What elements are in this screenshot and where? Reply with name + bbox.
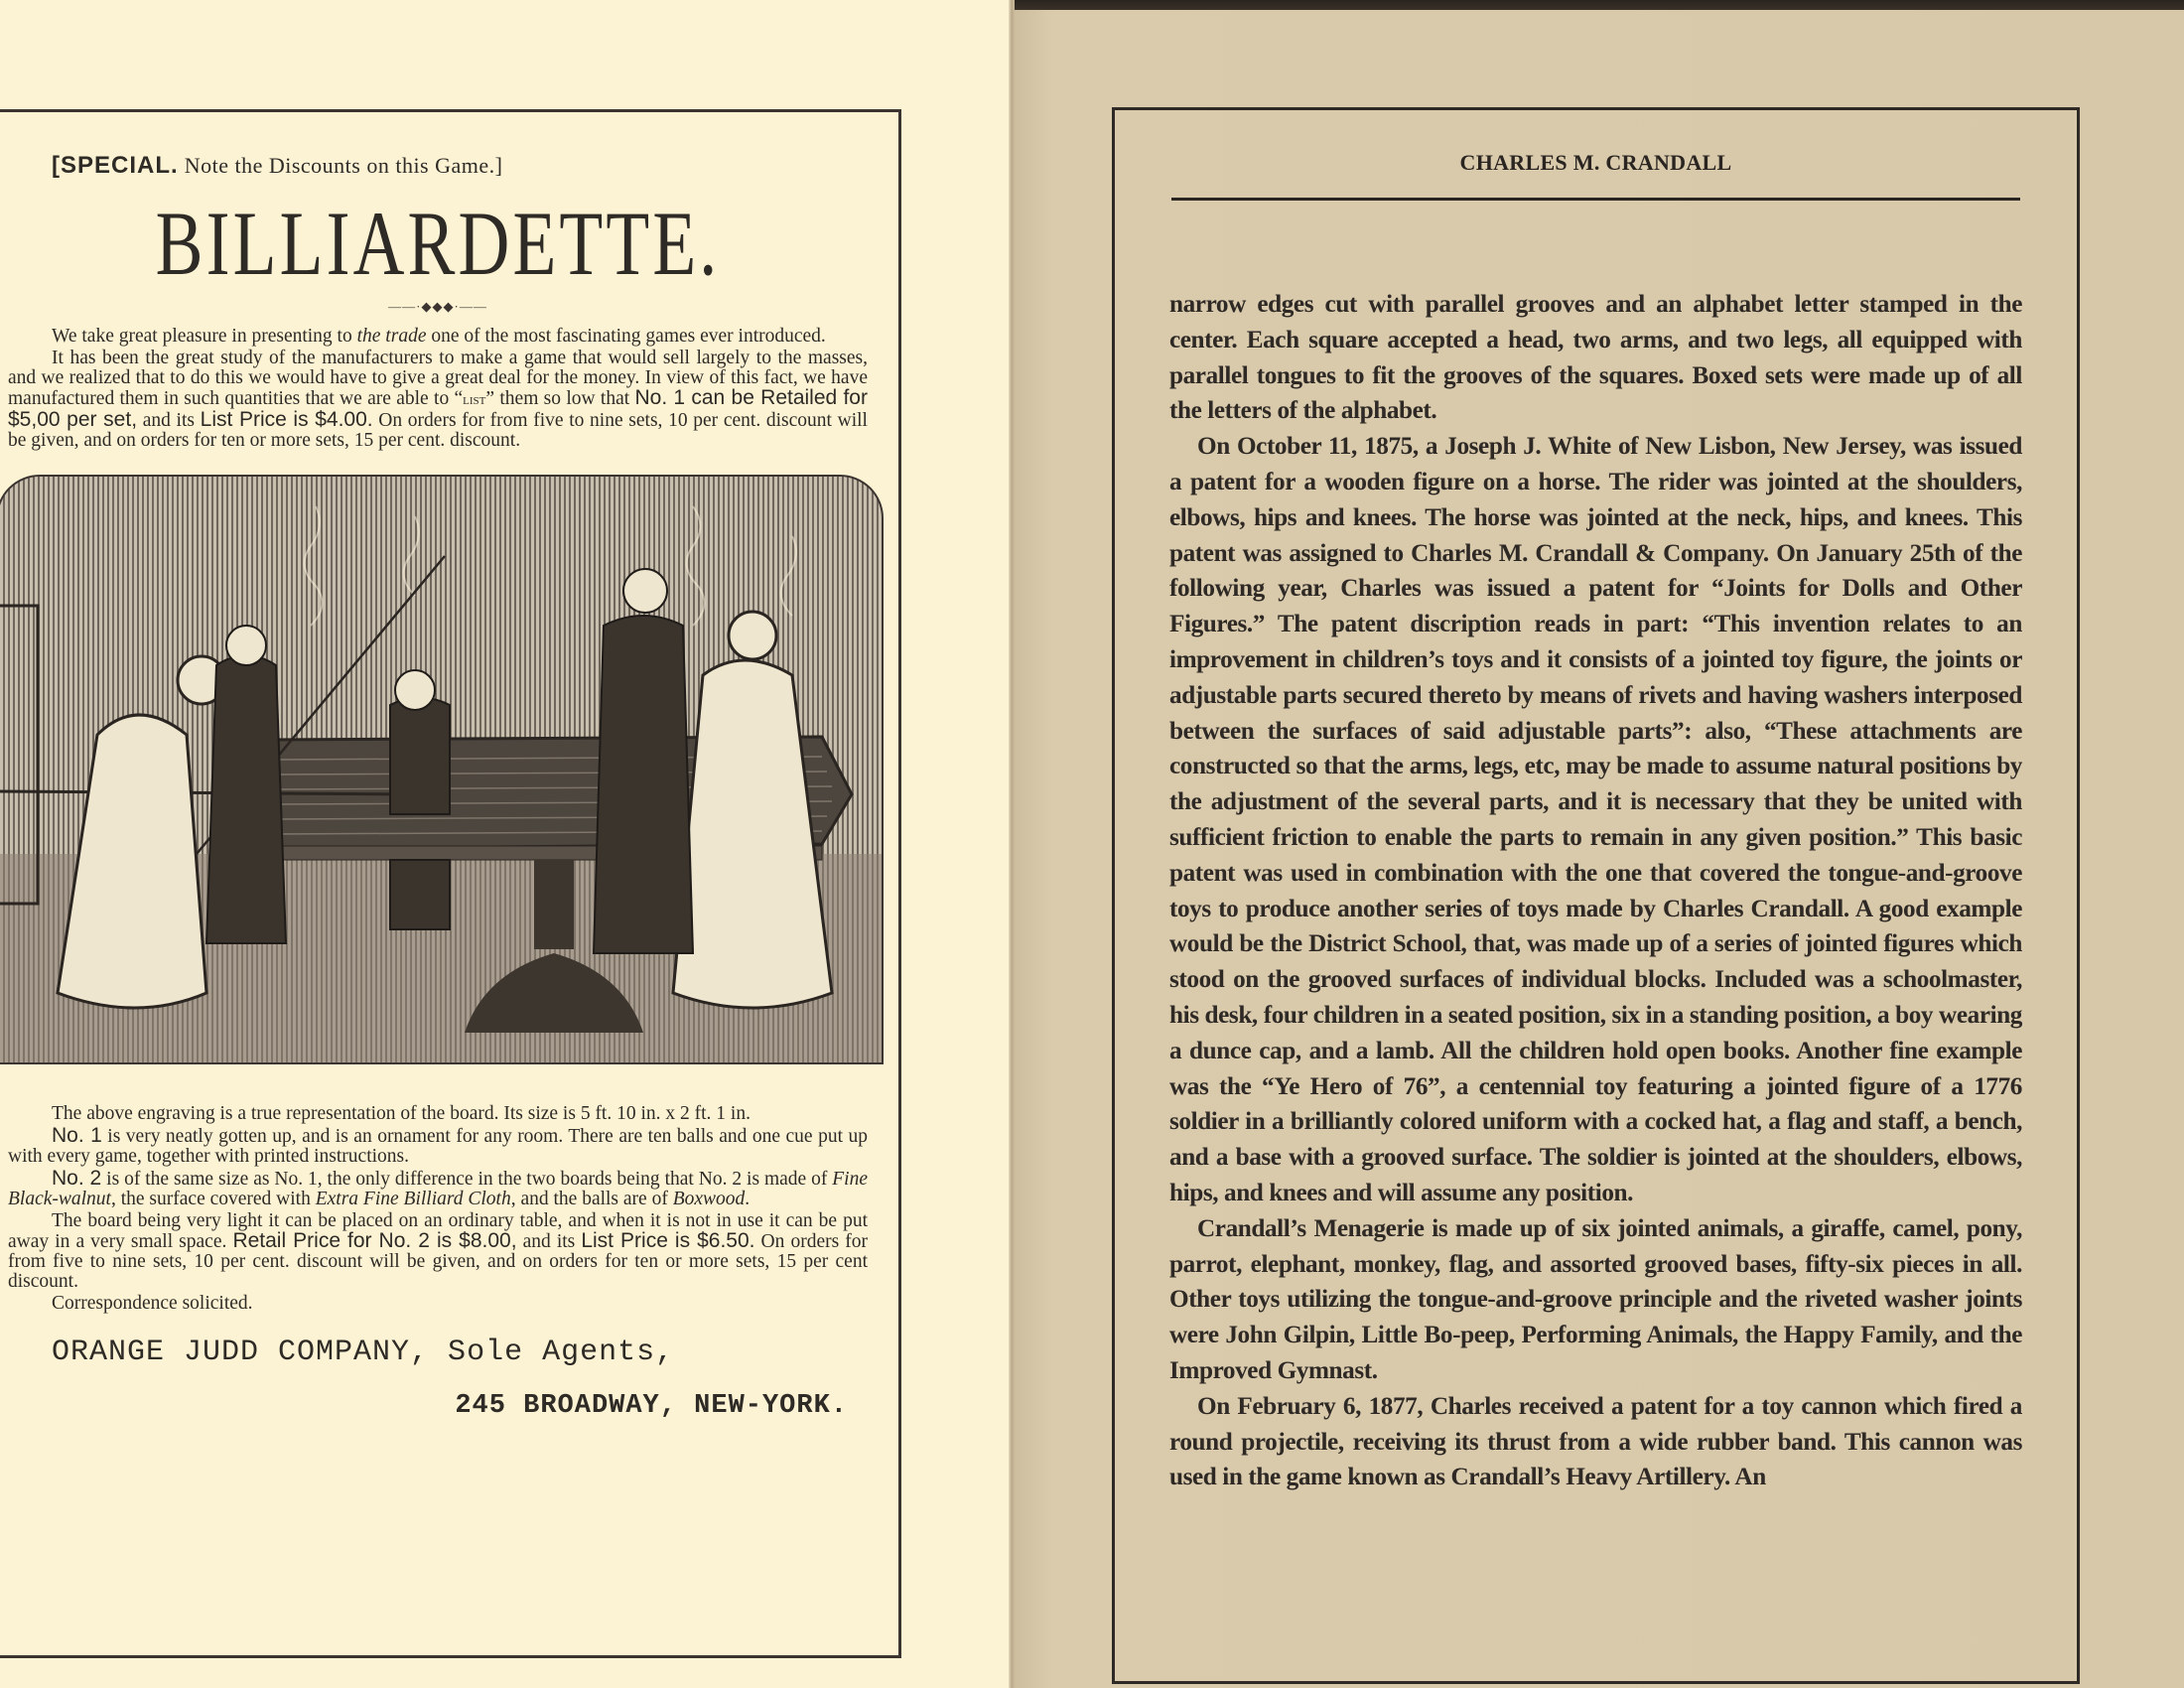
book-gutter bbox=[1009, 0, 1015, 1688]
paragraph: On February 6, 1877, Charles received a … bbox=[1169, 1389, 2022, 1495]
smallcaps-text: list bbox=[463, 391, 485, 408]
paragraph: Crandall’s Menagerie is made up of six j… bbox=[1169, 1211, 2022, 1389]
ad-title: BILLIARDETTE. bbox=[102, 196, 772, 291]
text: is of the same size as No. 1, the only d… bbox=[101, 1169, 832, 1190]
text: . bbox=[745, 1189, 750, 1209]
ad-paragraph-pricing-no1: It has been the great study of the manuf… bbox=[8, 349, 868, 451]
model-label: No. 2 bbox=[52, 1167, 101, 1190]
engraving-illustration bbox=[0, 477, 882, 1062]
advertisement: [SPECIAL. Note the Discounts on this Gam… bbox=[8, 152, 868, 1421]
list-price-no2: List Price is $6.50. bbox=[581, 1229, 754, 1252]
book-page-frame: CHARLES M. CRANDALL narrow edges cut wit… bbox=[1112, 107, 2080, 1684]
paragraph: On October 11, 1875, a Joseph J. White o… bbox=[1169, 429, 2022, 1211]
company-address: 245 BROADWAY, NEW-YORK. bbox=[8, 1391, 848, 1421]
ad-paragraph-pricing-no2: The board being very light it can be pla… bbox=[8, 1211, 868, 1292]
text: ” them so low that bbox=[485, 388, 634, 409]
running-head: CHARLES M. CRANDALL bbox=[1115, 150, 2077, 176]
company-name: ORANGE JUDD COMPANY, Sole Agents, bbox=[52, 1336, 868, 1369]
special-label: [SPECIAL. bbox=[52, 152, 179, 179]
list-price-no1: List Price is $4.00. bbox=[201, 408, 373, 431]
ornament-divider: ——·◆◆◆·—— bbox=[8, 299, 868, 315]
advertisement-frame: [SPECIAL. Note the Discounts on this Gam… bbox=[0, 109, 901, 1658]
billiard-engraving bbox=[0, 475, 884, 1064]
text: We take great pleasure in presenting to bbox=[52, 326, 357, 347]
ad-paragraph-no2: No. 2 is of the same size as No. 1, the … bbox=[8, 1169, 868, 1209]
model-label: No. 1 bbox=[52, 1124, 102, 1147]
paragraph: narrow edges cut with parallel grooves a… bbox=[1169, 287, 2022, 429]
text: one of the most fascinating games ever i… bbox=[426, 326, 825, 347]
ad-paragraph-no1: No. 1 is very neatly gotten up, and is a… bbox=[8, 1126, 868, 1167]
text: is very neatly gotten up, and is an orna… bbox=[8, 1126, 868, 1167]
ad-paragraph-intro: We take great pleasure in presenting to … bbox=[8, 327, 868, 347]
italic-text: Extra Fine Billiard Cloth bbox=[316, 1189, 511, 1209]
ad-paragraph-size: The above engraving is a true representa… bbox=[8, 1104, 868, 1124]
special-notice: [SPECIAL. Note the Discounts on this Gam… bbox=[52, 152, 868, 180]
retail-price-no2: Retail Price for No. 2 is $8.00, bbox=[232, 1229, 516, 1252]
italic-text: the trade bbox=[357, 326, 427, 347]
italic-text: Boxwood bbox=[673, 1189, 746, 1209]
book-edge-shadow bbox=[1013, 0, 2184, 10]
special-note: Note the Discounts on this Game.] bbox=[185, 153, 503, 178]
ad-paragraph-closing: Correspondence solicited. bbox=[8, 1294, 868, 1314]
text: and its bbox=[137, 410, 201, 431]
text: , the surface covered with bbox=[111, 1189, 316, 1209]
text: and its bbox=[517, 1231, 582, 1252]
header-rule bbox=[1171, 198, 2020, 201]
body-text: narrow edges cut with parallel grooves a… bbox=[1169, 287, 2022, 1495]
text: , and the balls are of bbox=[511, 1189, 673, 1209]
